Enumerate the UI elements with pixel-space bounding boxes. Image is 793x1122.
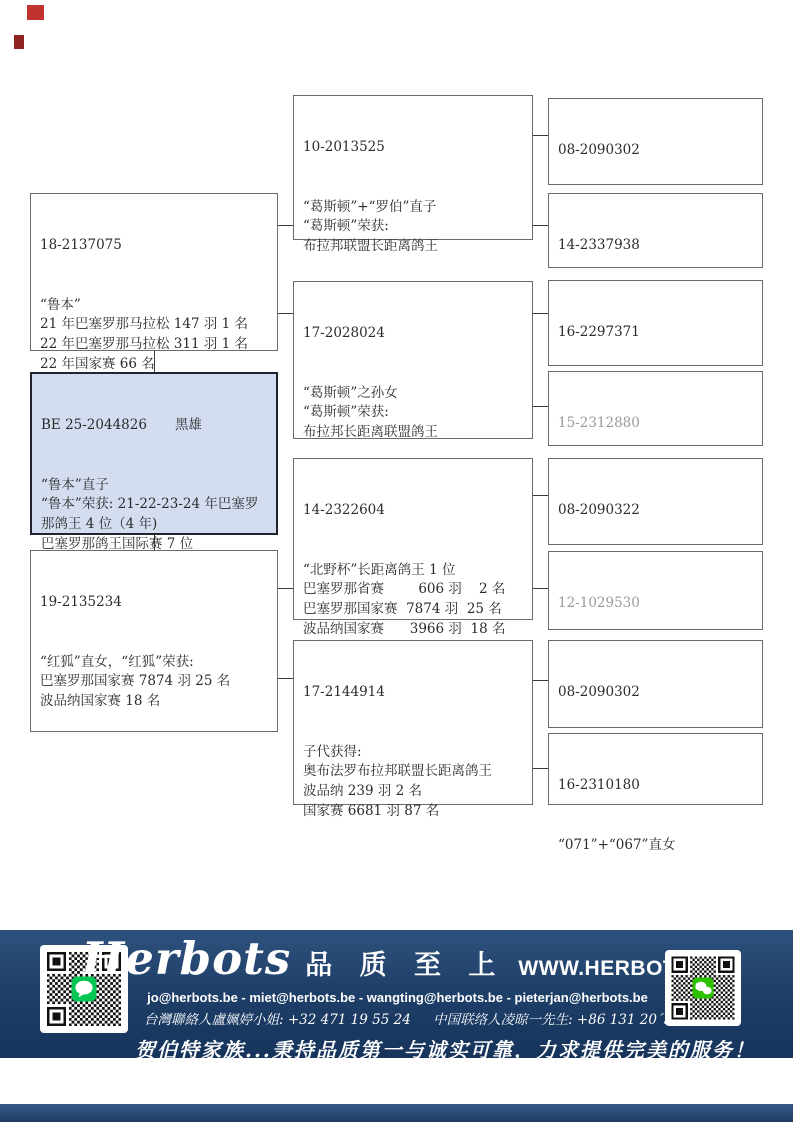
pedigree-box-mother: 19-2135234 “红狐”直女，“红狐”荣获: 巴塞罗那国家赛 7874 羽… xyxy=(30,550,278,732)
brand-tagline: 品 质 至 上 xyxy=(305,943,504,982)
pedigree-box-subject: BE 25-2044826黑雄 “鲁本”直子 “鲁本”荣获: 21-22-23-… xyxy=(30,372,278,535)
connector-line xyxy=(278,313,293,314)
pigeon-info: 子代获得: 奥布法罗布拉邦联盟长距离鸽王 波品纳 239 羽 2 名 国家赛 6… xyxy=(303,743,525,822)
footer-slogan: 贺伯特家族...秉持品质第一与诚实可靠，力求提供完美的服务！ xyxy=(135,1034,660,1063)
connector-line xyxy=(533,313,548,314)
pigeon-info: “鲁本”直子 “鲁本”荣获: 21-22-23-24 年巴塞罗那鸽王 4 位（4… xyxy=(41,476,269,555)
pigeon-info: “葛斯顿”+“罗伯”直子 “葛斯顿”荣获: 布拉邦联盟长距离鸽王 xyxy=(303,198,525,257)
ring-number: 08-2090302 xyxy=(558,141,755,161)
ring-number: 12-1029530 xyxy=(558,594,755,614)
ring-number: 08-2090302 xyxy=(558,683,755,703)
pedigree-box-ggp1: 08-2090302 “葛斯顿” 艾瑞克・贺伯特 布拉邦长距离联盟鸽王 xyxy=(548,98,763,185)
wechat-qr-code xyxy=(665,950,741,1026)
connector-line xyxy=(278,588,293,589)
ring-number: 14-2337938 xyxy=(558,236,755,256)
pigeon-info: “红狐”直女，“红狐”荣获: 巴塞罗那国家赛 7874 羽 25 名 波品纳国家… xyxy=(40,653,270,712)
contact-phones: 台灣聯絡人盧姵婷小姐: +32 471 19 55 24 中国联络人凌晾一先生:… xyxy=(135,1008,660,1028)
qr-pattern xyxy=(669,954,737,1022)
pedigree-box-ggp4: 15-2312880 “巴塞罗那杨”X“阿让国际赛 1 名直女” xyxy=(548,371,763,446)
connector-line xyxy=(533,680,548,681)
ring-number: 14-2322604 xyxy=(303,501,525,521)
ring-number: 08-2090322 xyxy=(558,501,755,521)
ring-number: 16-2297371 xyxy=(558,323,755,343)
ring-number: 19-2135234 xyxy=(40,593,270,613)
contact-emails: jo@herbots.be - miet@herbots.be - wangti… xyxy=(135,990,660,1005)
connector-line xyxy=(533,495,548,496)
pedigree-box-granddam-paternal: 17-2028024 “葛斯顿”之孙女 “葛斯顿”荣获: 布拉邦长距离联盟鸽王 … xyxy=(293,281,533,439)
ring-number: 10-2013525 xyxy=(303,138,525,158)
connector-line xyxy=(533,406,548,407)
pedigree-box-ggp8: 16-2310180 “071”+“067”直女 xyxy=(548,733,763,805)
wechat-app-icon xyxy=(692,977,713,998)
connector-line xyxy=(533,135,548,136)
pedigree-box-ggp7: 08-2090302 “葛斯顿” 艾瑞克・贺伯特 布拉邦长距离联盟鸽王 xyxy=(548,640,763,728)
pedigree-box-grandsire-paternal: 10-2013525 “葛斯顿”+“罗伯”直子 “葛斯顿”荣获: 布拉邦联盟长距… xyxy=(293,95,533,240)
pedigree-box-ggp3: 16-2297371 “葛斯顿”直子 “葛斯顿”荣获: 布拉邦长距离联盟鸽王 xyxy=(548,280,763,366)
connector-line xyxy=(533,225,548,226)
pedigree-box-grandsire-maternal: 14-2322604 “北野杯”长距离鸽王 1 位 巴塞罗那省赛 606 羽 2… xyxy=(293,458,533,620)
connector-line xyxy=(278,225,293,226)
pedigree-box-ggp2: 14-2337938 “爱坐者”直女 孙代获得: 波品纳国家赛 8 名 xyxy=(548,193,763,268)
ring-number: 17-2028024 xyxy=(303,324,525,344)
pedigree-box-father: 18-2137075 “鲁本” 21 年巴塞罗那马拉松 147 羽 1 名 22… xyxy=(30,193,278,351)
connector-line xyxy=(533,588,548,589)
ring-number: 15-2312880 xyxy=(558,414,755,434)
ring-number: 18-2137075 xyxy=(40,236,270,256)
pedigree-box-ggp6: 12-1029530 巴塞罗那国家赛 3 名直女 迪特.巴尔曼 xyxy=(548,551,763,630)
pedigree-box-granddam-maternal: 17-2144914 子代获得: 奥布法罗布拉邦联盟长距离鸽王 波品纳 239 … xyxy=(293,640,533,805)
print-mark xyxy=(14,35,24,49)
pedigree-page: 18-2137075 “鲁本” 21 年巴塞罗那马拉松 147 羽 1 名 22… xyxy=(0,0,793,1122)
bottom-color-bar xyxy=(0,1104,793,1122)
contact-taiwan: 台灣聯絡人盧姵婷小姐: +32 471 19 55 24 xyxy=(144,1012,411,1028)
pigeon-info: “北野杯”长距离鸽王 1 位 巴塞罗那省赛 606 羽 2 名 巴塞罗那国家赛 … xyxy=(303,561,525,640)
footer-banner: Herbots 品 质 至 上 WWW.HERBOTS.BE jo@herbot… xyxy=(0,930,793,1058)
connector-line xyxy=(278,678,293,679)
ring-number: 17-2144914 xyxy=(303,683,525,703)
connector-line xyxy=(533,768,548,769)
pigeon-info: “071”+“067”直女 xyxy=(558,836,755,856)
print-mark xyxy=(27,5,44,20)
ring-number: BE 25-2044826黑雄 xyxy=(41,416,269,436)
pedigree-box-ggp5: 08-2090322 “罗杰”之兄弟 平辈获得: 圣维仙国际赛 31 名 xyxy=(548,458,763,545)
sex-label: 黑雄 xyxy=(175,417,202,433)
ring-number: 16-2310180 xyxy=(558,776,755,796)
brand-logo: Herbots xyxy=(82,936,291,981)
pigeon-info: “葛斯顿”之孙女 “葛斯顿”荣获: 布拉邦长距离联盟鸽王 xyxy=(303,384,525,443)
